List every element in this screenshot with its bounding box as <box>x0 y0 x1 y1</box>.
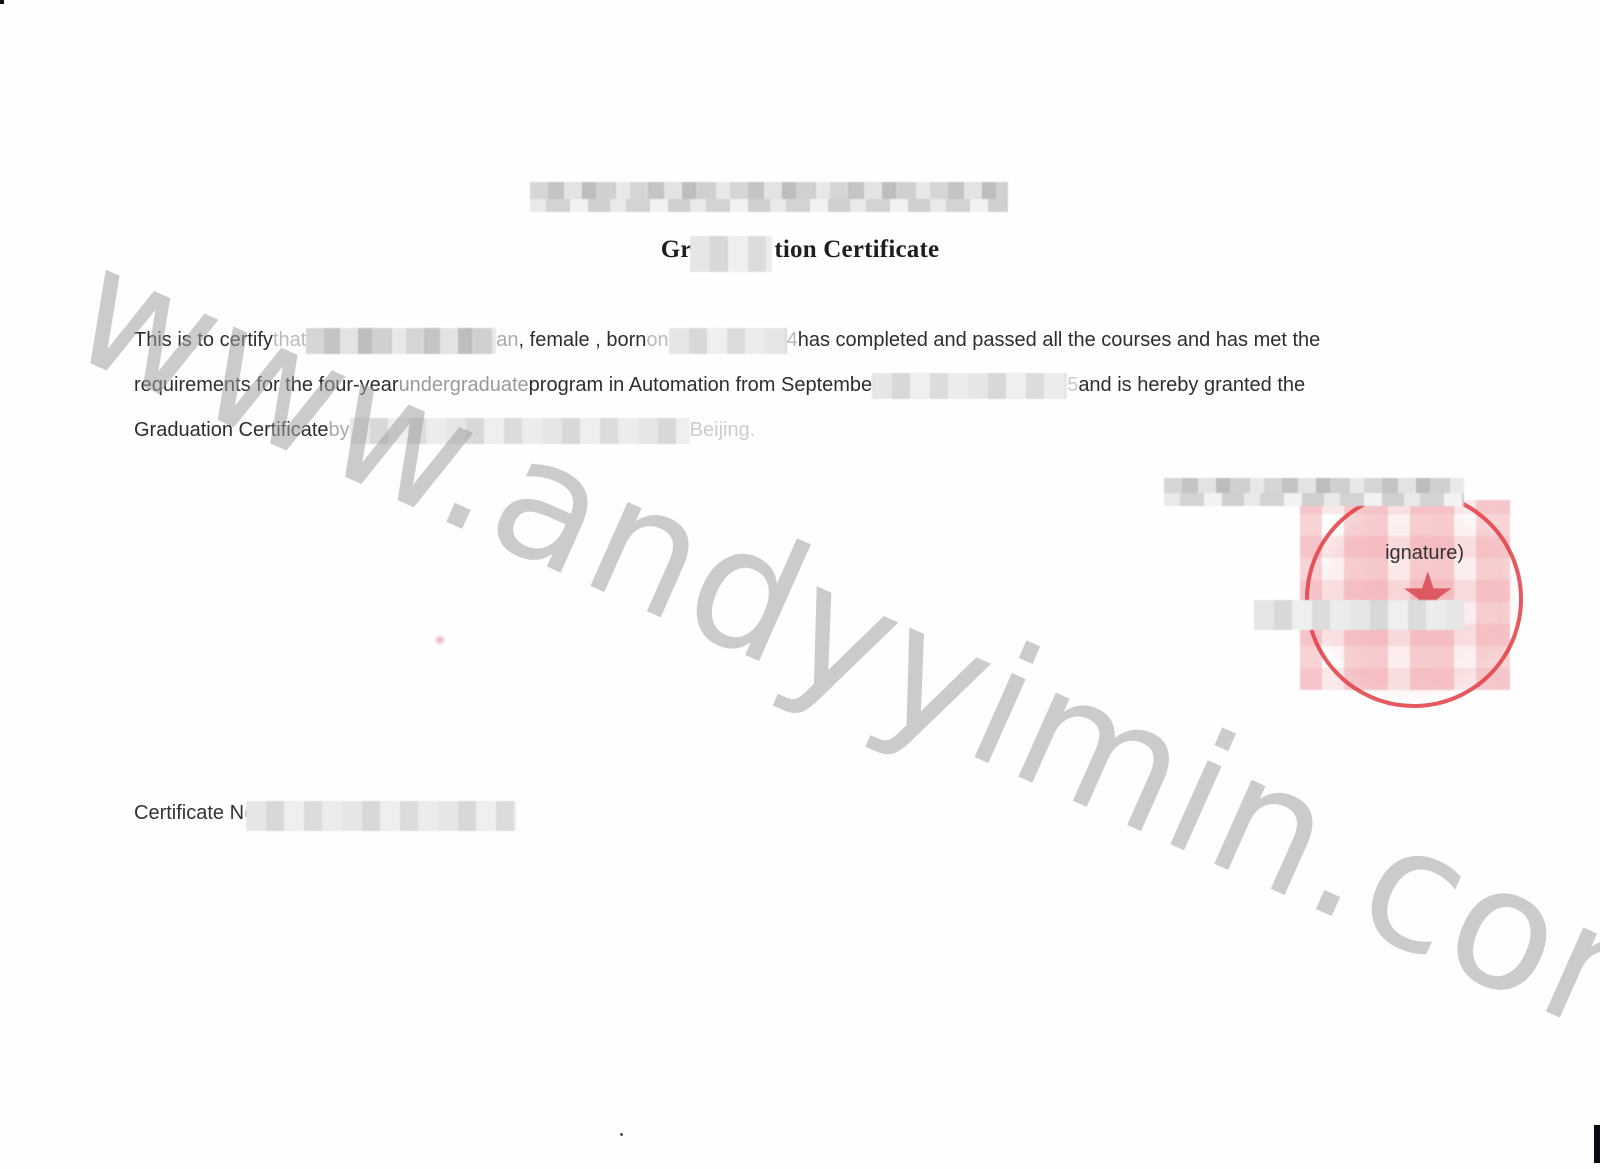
text-fragment: 5 <box>1067 363 1078 408</box>
signature-label: ignature) <box>1385 542 1464 565</box>
body-line-1: This is to certify thatan , female , bor… <box>134 318 1464 363</box>
certificate-page: Gration Certificate This is to certify t… <box>0 0 1600 1169</box>
text-fragment: program in Automation from Septembe <box>529 363 873 408</box>
redacted-title-fragment <box>690 236 772 272</box>
text-fragment: and is hereby granted the <box>1078 363 1305 408</box>
text-fragment: 4 <box>787 318 798 363</box>
body-line-3: Graduation Certificate byBeijing. <box>134 408 1464 453</box>
certificate-number-label: Certificate No <box>134 802 255 825</box>
text-fragment: an <box>496 318 518 363</box>
redacted-name <box>306 328 496 354</box>
text-fragment: , female , born <box>519 318 647 363</box>
text-fragment: Graduation Certificate <box>134 408 329 453</box>
scan-artifact <box>1594 1125 1600 1163</box>
redacted-issuer <box>350 418 690 444</box>
body-line-2: requirements for the four-year undergrad… <box>134 363 1464 408</box>
redacted-institution-header <box>530 182 1008 212</box>
text-fragment: Beijing. <box>690 408 756 453</box>
certificate-title: Gration Certificate <box>0 236 1600 264</box>
redacted-birth-date <box>669 328 787 354</box>
redacted-university-name <box>1254 600 1464 630</box>
text-fragment: on <box>646 318 668 363</box>
text-fragment: undergraduate <box>399 363 529 408</box>
text-fragment: by <box>329 408 350 453</box>
text-fragment: requirements for the four-year <box>134 363 399 408</box>
text-fragment: has completed and passed all the courses… <box>798 318 1321 363</box>
title-suffix: tion Certificate <box>774 236 939 263</box>
text-fragment: that <box>273 318 306 363</box>
scan-speck <box>436 636 444 644</box>
text-fragment: This is to certify <box>134 318 273 363</box>
signature-block: ignature) <box>1144 478 1464 658</box>
text-fragment: Certificate N <box>134 802 244 824</box>
scan-artifact <box>0 0 4 4</box>
redacted-study-period <box>872 373 1067 399</box>
redacted-certificate-number <box>246 801 516 831</box>
certificate-body: This is to certify thatan , female , bor… <box>134 318 1464 453</box>
redacted-issue-date <box>1164 478 1464 506</box>
scan-speck <box>620 1133 623 1136</box>
